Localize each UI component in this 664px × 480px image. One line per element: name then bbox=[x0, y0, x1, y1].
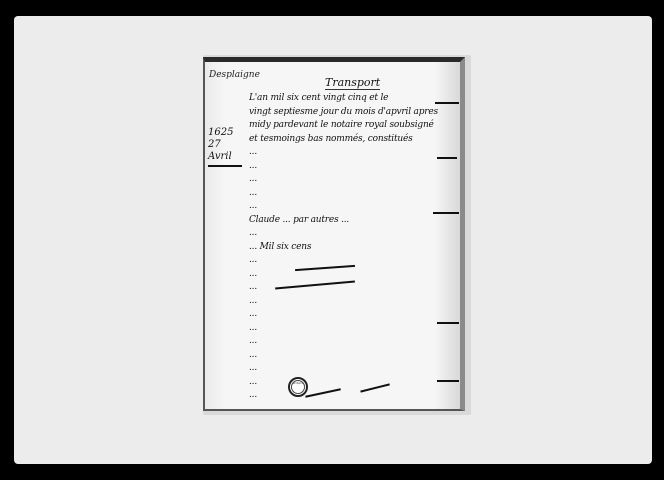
manuscript-page: Desplaigne 1625 27 Avril Transport L'an … bbox=[203, 57, 465, 411]
text-line: ... Mil six cens bbox=[249, 241, 459, 255]
manuscript-body: L'an mil six cent vingt cinq et le vingt… bbox=[249, 92, 459, 411]
line-end-dash bbox=[437, 157, 457, 159]
margin-date: 1625 27 Avril bbox=[208, 127, 242, 167]
text-line: ... bbox=[249, 376, 459, 390]
line-end-dash bbox=[437, 322, 459, 324]
document-title: Transport bbox=[325, 76, 380, 90]
text-line: ... bbox=[249, 389, 459, 403]
text-line: ... bbox=[249, 268, 459, 282]
text-line: ... bbox=[249, 403, 459, 412]
text-line: Claude ... par autres ... bbox=[249, 214, 459, 228]
text-line: L'an mil six cent vingt cinq et le bbox=[249, 92, 459, 106]
line-end-dash bbox=[437, 380, 459, 382]
line-end-dash bbox=[433, 212, 459, 214]
text-line: ... bbox=[249, 173, 459, 187]
margin-name: Desplaigne bbox=[209, 70, 260, 80]
text-line: midy pardevant le notaire royal soubsign… bbox=[249, 119, 459, 133]
text-line: ... bbox=[249, 227, 459, 241]
text-line: vingt septiesme jour du mois d'apvril ap… bbox=[249, 106, 459, 120]
text-line: ... bbox=[249, 160, 459, 174]
text-line: et tesmoings bas nommés, constitués bbox=[249, 133, 459, 147]
text-line: ... bbox=[249, 362, 459, 376]
line-end-dash bbox=[435, 102, 459, 104]
text-line: ... bbox=[249, 187, 459, 201]
text-line: ... bbox=[249, 200, 459, 214]
text-line: ... bbox=[249, 335, 459, 349]
text-line: ... bbox=[249, 349, 459, 363]
margin-day-month: 27 Avril bbox=[208, 139, 242, 163]
margin-year: 1625 bbox=[208, 127, 242, 139]
archive-stamp: Archives bbox=[288, 377, 308, 397]
text-line: ... bbox=[249, 146, 459, 160]
archive-stamp-text: Archives bbox=[291, 380, 305, 394]
text-line: ... bbox=[249, 295, 459, 309]
text-line: ... bbox=[249, 308, 459, 322]
text-line: ... bbox=[249, 322, 459, 336]
